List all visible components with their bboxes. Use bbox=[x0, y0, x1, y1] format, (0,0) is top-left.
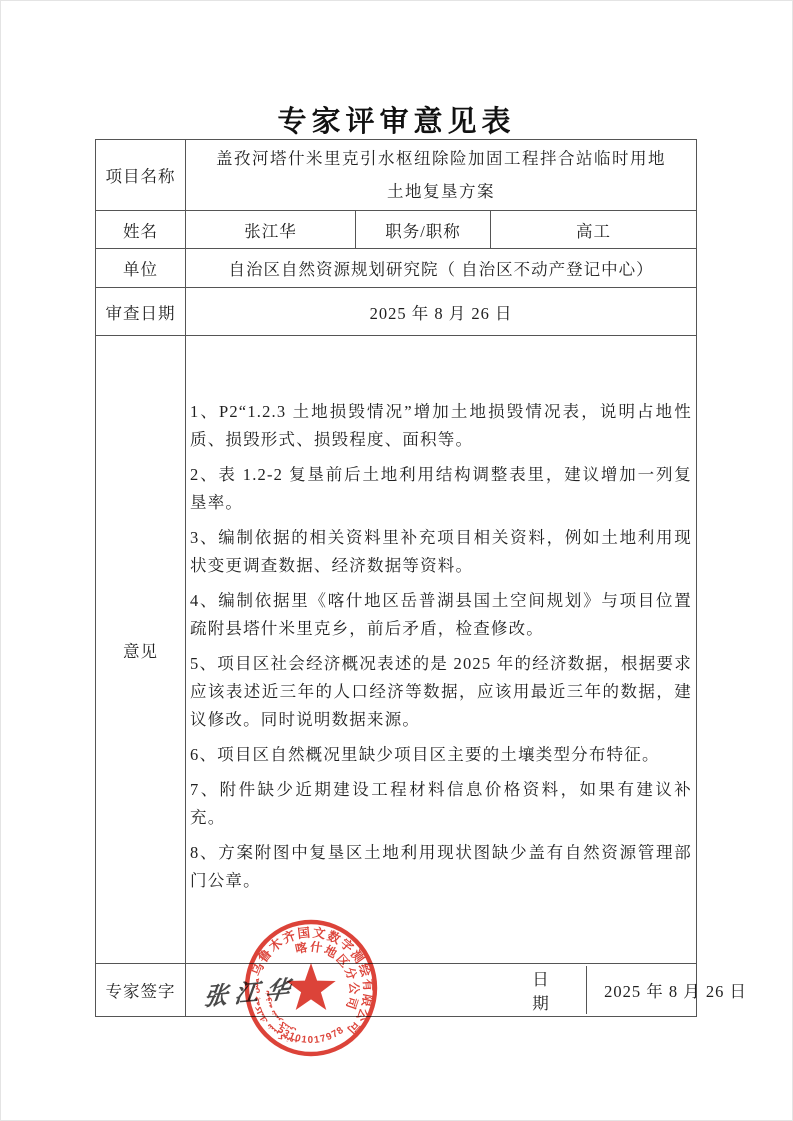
position-title-value: 高工 bbox=[491, 211, 697, 249]
name-label: 姓名 bbox=[96, 211, 186, 249]
opinion-item: 5、项目区社会经济概况表述的是 2025 年的经济数据，根据要求应该表述近三年的… bbox=[190, 650, 692, 734]
unit-value: 自治区自然资源规划研究院（ 自治区不动产登记中心） bbox=[186, 249, 697, 288]
opinion-item: 7、附件缺少近期建设工程材料信息价格资料，如果有建议补充。 bbox=[190, 776, 692, 832]
unit-row: 单位 自治区自然资源规划研究院（ 自治区不动产登记中心） bbox=[96, 249, 697, 288]
unit-label: 单位 bbox=[96, 249, 186, 288]
expert-name-row: 姓名 张江华 职务/职称 高工 bbox=[96, 211, 697, 249]
opinion-list: 1、P2“1.2.3 土地损毁情况”增加土地损毁情况表，说明占地性质、损毁形式、… bbox=[190, 398, 692, 895]
opinions-row: 意见 1、P2“1.2.3 土地损毁情况”增加土地损毁情况表，说明占地性质、损毁… bbox=[96, 336, 697, 964]
signature-date-value: 2025 年 8 月 26 日 bbox=[586, 966, 764, 1014]
project-name-line2: 土地复垦方案 bbox=[190, 175, 692, 208]
opinion-item: 1、P2“1.2.3 土地损毁情况”增加土地损毁情况表，说明占地性质、损毁形式、… bbox=[190, 398, 692, 454]
review-form-table: 项目名称 盖孜河塔什米里克引水枢纽除险加固工程拌合站临时用地 土地复垦方案 姓名… bbox=[95, 139, 697, 1017]
signature-date-label: 日 期 bbox=[523, 966, 586, 1014]
project-name-label: 项目名称 bbox=[96, 140, 186, 211]
review-date-row: 审查日期 2025 年 8 月 26 日 bbox=[96, 288, 697, 336]
page-title: 专家评审意见表 bbox=[0, 99, 793, 140]
project-name-value: 盖孜河塔什米里克引水枢纽除险加固工程拌合站临时用地 土地复垦方案 bbox=[186, 140, 697, 211]
document-page: 专家评审意见表 项目名称 盖孜河塔什米里克引水枢纽除险加固工程拌合站临时用地 土… bbox=[0, 0, 793, 1121]
handwritten-signature: 张江华 bbox=[202, 968, 299, 1012]
opinion-item: 8、方案附图中复垦区土地利用现状图缺少盖有自然资源管理部门公章。 bbox=[190, 839, 692, 895]
expert-signature-label: 专家签字 bbox=[96, 964, 186, 1017]
opinion-item: 2、表 1.2-2 复垦前后土地利用结构调整表里，建议增加一列复垦率。 bbox=[190, 461, 692, 517]
project-name-line1: 盖孜河塔什米里克引水枢纽除险加固工程拌合站临时用地 bbox=[190, 142, 692, 175]
review-date-value: 2025 年 8 月 26 日 bbox=[186, 288, 697, 336]
opinion-item: 3、编制依据的相关资料里补充项目相关资料，例如土地利用现状变更调查数据、经济数据… bbox=[190, 524, 692, 580]
opinion-item: 6、项目区自然概况里缺少项目区主要的土壤类型分布特征。 bbox=[190, 741, 692, 769]
position-title-label: 职务/职称 bbox=[356, 211, 491, 249]
project-name-row: 项目名称 盖孜河塔什米里克引水枢纽除险加固工程拌合站临时用地 土地复垦方案 bbox=[96, 140, 697, 211]
name-value: 张江华 bbox=[186, 211, 356, 249]
opinions-label: 意见 bbox=[96, 336, 186, 964]
opinion-item: 4、编制依据里《喀什地区岳普湖县国土空间规划》与项目位置疏附县塔什米里克乡，前后… bbox=[190, 587, 692, 643]
review-date-label: 审查日期 bbox=[96, 288, 186, 336]
signature-row-cells: 张江华 日 期 2025 年 8 月 26 日 bbox=[186, 964, 697, 1017]
opinions-content: 1、P2“1.2.3 土地损毁情况”增加土地损毁情况表，说明占地性质、损毁形式、… bbox=[186, 336, 697, 964]
signature-row: 专家签字 张江华 日 期 2025 年 8 月 26 日 bbox=[96, 964, 697, 1017]
signature-area: 张江华 bbox=[190, 966, 523, 1014]
